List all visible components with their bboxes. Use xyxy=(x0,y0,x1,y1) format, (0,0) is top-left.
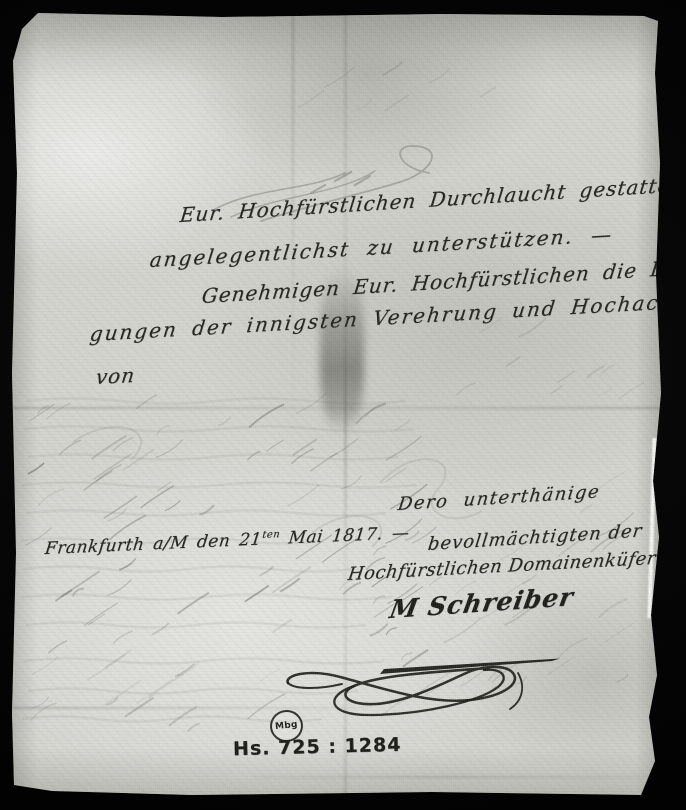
torn-edge-highlight xyxy=(647,438,656,618)
fold-crease-horizontal-bottom xyxy=(252,776,652,778)
archive-stamp-text: Mbg xyxy=(275,720,299,732)
shelfmark: Hs. 725 : 1284 xyxy=(233,734,402,760)
fold-crease-horizontal-middle xyxy=(12,407,661,409)
signature-flourish xyxy=(282,643,572,728)
flourish-taper-stroke xyxy=(380,659,560,675)
fold-crease-horizontal-lower xyxy=(12,707,369,709)
signature: M Schreiber xyxy=(387,582,576,624)
body-line-1: Eur. Hochfürstlichen Durchlaucht gestatt… xyxy=(179,168,686,227)
bleed-through-layer xyxy=(12,13,661,795)
closing-line-3: Hochfürstlichen Domainenküfer xyxy=(347,548,658,585)
paper-grain-texture xyxy=(12,13,661,795)
letter-page: Eur. Hochfürstlichen Durchlaucht gestatt… xyxy=(12,13,661,795)
dateline: Frankfurth a/M den 21ten Mai 1817. — xyxy=(44,523,411,559)
dateline-rest: Mai 1817. — xyxy=(278,523,410,549)
dateline-ordinal: ten xyxy=(262,529,281,541)
closing-line-1: Dero unterthänige xyxy=(397,481,602,515)
dateline-text: Frankfurth a/M den 21 xyxy=(44,529,263,559)
fold-crease-vertical-left xyxy=(292,13,294,433)
scan-background: Eur. Hochfürstlichen Durchlaucht gestatt… xyxy=(0,0,686,810)
fold-crease-vertical-center xyxy=(344,13,347,795)
body-line-5: von xyxy=(95,363,137,389)
